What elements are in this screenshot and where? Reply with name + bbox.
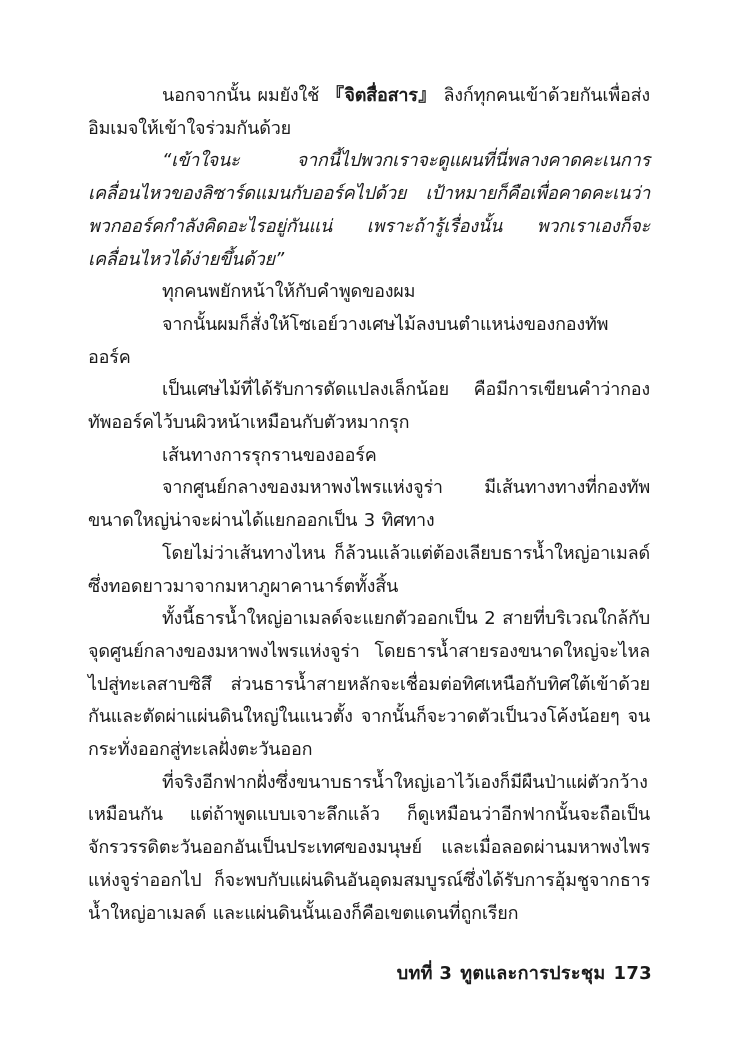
bold-term-telepathy: 『จิตสื่อสาร』 <box>326 85 436 106</box>
paragraph-9: ทั้งนี้ธารน้ำใหญ่อาเมลด์จะแยกตัวออกเป็น … <box>88 603 650 767</box>
paragraph-1: นอกจากนั้น ผมยังใช้ 『จิตสื่อสาร』 ลิงก์ทุ… <box>88 80 650 145</box>
paragraph-5: เป็นเศษไม้ที่ได้รับการดัดแปลงเล็กน้อย คื… <box>88 374 650 439</box>
paragraph-1-text-before: นอกจากนั้น ผมยังใช้ <box>162 85 326 106</box>
footer-page-number: 173 <box>614 963 652 984</box>
paragraph-6-heading: เส้นทางการรุกรานของออร์ค <box>88 440 650 473</box>
page-body: นอกจากนั้น ผมยังใช้ 『จิตสื่อสาร』 ลิงก์ทุ… <box>88 80 650 930</box>
page-footer: บทที่ 3ทูตและการประชุม173 <box>397 958 652 987</box>
paragraph-10: ที่จริงอีกฟากฝั่งซึ่งขนาบธารน้ำใหญ่เอาไว… <box>88 767 650 931</box>
paragraph-7: จากศูนย์กลางของมหาพงไพรแห่งจูร่า มีเส้นท… <box>88 472 650 537</box>
paragraph-4: จากนั้นผมก็สั่งให้โซเอย์วางเศษไม้ลงบนตำแ… <box>88 309 650 374</box>
footer-chapter-label: บทที่ 3 <box>397 963 452 984</box>
footer-chapter-title: ทูตและการประชุม <box>460 963 605 984</box>
paragraph-8: โดยไม่ว่าเส้นทางไหน ก็ล้วนแล้วแต่ต้องเลี… <box>88 538 650 603</box>
paragraph-3: ทุกคนพยักหน้าให้กับคำพูดของผม <box>88 276 650 309</box>
paragraph-2-dialogue: “เข้าใจนะ จากนี้ไปพวกเราจะดูแผนที่นี่พลา… <box>88 145 650 276</box>
